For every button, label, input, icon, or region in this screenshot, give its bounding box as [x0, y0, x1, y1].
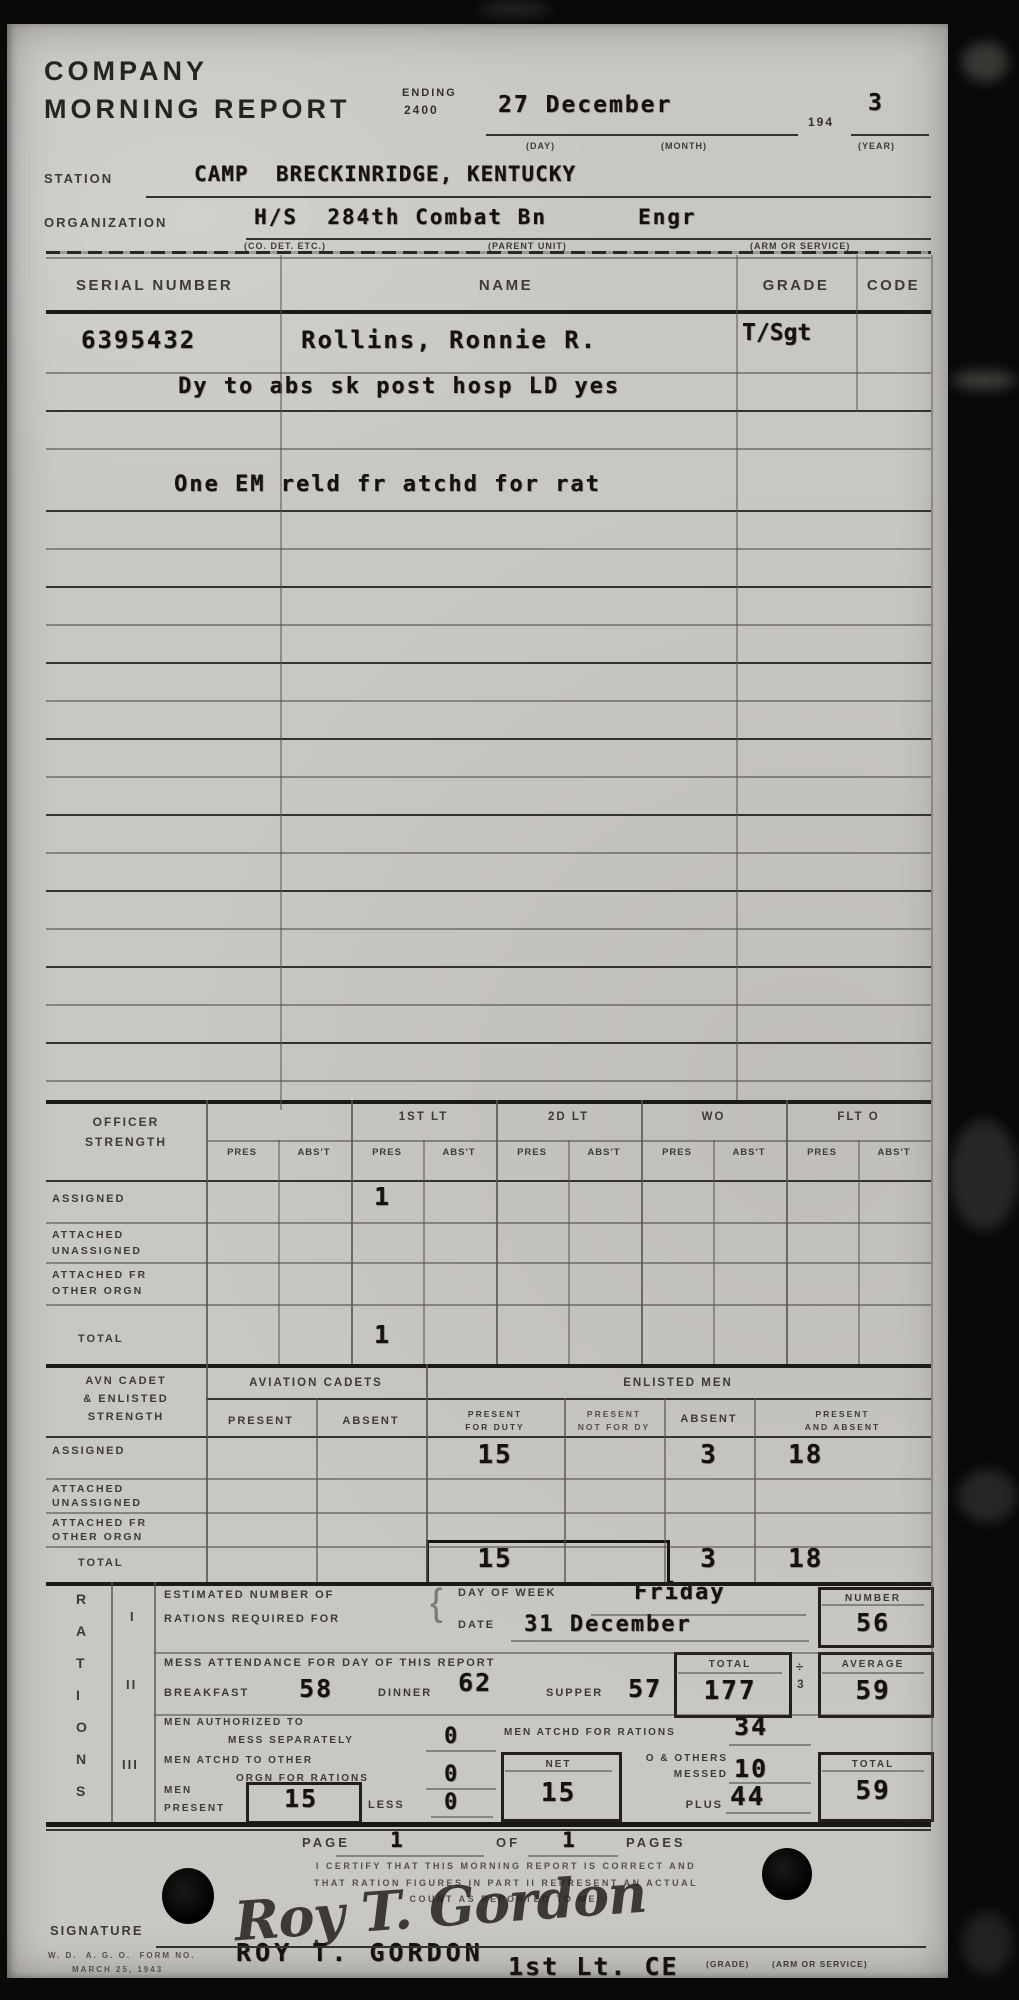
plus-value: 44: [730, 1784, 765, 1810]
film-edge-bottom: [0, 1978, 1019, 2000]
col-em-absent: ABSENT: [666, 1414, 752, 1425]
year-digit-field: 3: [868, 92, 884, 115]
film-artifact-2: [952, 370, 1016, 390]
rule-line: [46, 1364, 931, 1368]
officer-group-wo: WO: [643, 1112, 784, 1124]
form-title-line2: MORNING REPORT: [44, 96, 351, 123]
col-pnfd-1: PRESENT: [566, 1410, 662, 1419]
supper-value: 57: [628, 1676, 662, 1701]
col-cadets-present: PRESENT: [208, 1416, 314, 1427]
rule-line: [46, 1829, 931, 1831]
officer-total-1stlt-pres: 1: [374, 1322, 391, 1347]
film-artifact-6: [480, 2, 550, 16]
atchd-rations-value: 34: [734, 1714, 768, 1739]
column-divider: [206, 1100, 208, 1582]
rations-total-label: TOTAL: [820, 1760, 926, 1770]
column-divider: [736, 255, 738, 1100]
officer-col-pres: PRES: [353, 1148, 421, 1158]
punch-hole-left: [162, 1868, 214, 1924]
breakfast-label: BREAKFAST: [164, 1688, 249, 1699]
men-present-2: PRESENT: [164, 1804, 225, 1814]
rule-line: [46, 1262, 931, 1264]
column-divider: [426, 1364, 428, 1582]
column-divider: [641, 1100, 643, 1364]
organization-label: ORGANIZATION: [44, 216, 167, 229]
rule-line: [46, 1512, 931, 1514]
col-grade: GRADE: [738, 278, 854, 293]
rule-line: [46, 372, 931, 374]
form-no-line: W. D. A. G. O. FORM NO.: [48, 1952, 195, 1960]
rule-line: [46, 586, 931, 588]
rule-line: [46, 448, 931, 450]
rations-side-letter: O: [76, 1720, 89, 1734]
column-divider: [278, 1140, 280, 1364]
rule-line: [46, 700, 931, 702]
arm-service-field: Engr: [638, 207, 697, 228]
officer-strength-label2: STRENGTH: [50, 1136, 202, 1148]
rations-side-letter: R: [76, 1592, 88, 1606]
film-artifact-5: [962, 1912, 1012, 1974]
officer-row-assigned: ASSIGNED: [52, 1194, 125, 1205]
rule-line: [46, 1436, 931, 1438]
enlisted-row-total: TOTAL: [78, 1558, 124, 1569]
rations-side-letter: N: [76, 1752, 88, 1766]
rule-line: [206, 1398, 931, 1400]
mess-attendance-heading: MESS ATTENDANCE FOR DAY OF THIS REPORT: [164, 1658, 495, 1669]
ending-2400: 2400: [404, 104, 439, 116]
less-value: 0: [444, 1792, 459, 1814]
col-code: CODE: [856, 278, 931, 293]
rations-numeral-1: I: [130, 1610, 136, 1623]
organization-field: H/S 284th Combat Bn: [254, 207, 547, 228]
scanned-morning-report: { "colors":{"paper":"#c9c7c2","ink":"#16…: [0, 0, 1019, 2000]
rule-line: [46, 814, 931, 816]
dinner-value: 62: [458, 1670, 492, 1695]
rule-line: [729, 1782, 811, 1784]
rule-line: [46, 1582, 931, 1586]
date-label: DATE: [458, 1620, 495, 1631]
form-title-line1: COMPANY: [44, 58, 208, 85]
officer-group-2dlt: 2D LT: [498, 1112, 639, 1124]
rations-date-field: 31 December: [524, 1614, 692, 1636]
officer-col-abst: ABS'T: [715, 1148, 783, 1158]
rule-line: [678, 1672, 782, 1674]
film-artifact-1: [962, 42, 1008, 82]
column-divider: [713, 1140, 715, 1364]
rule-line: [46, 1180, 931, 1182]
enlisted-total-absent: 3: [666, 1546, 752, 1572]
rule-line: [46, 1004, 931, 1006]
org-sublabel-parent: (PARENT UNIT): [488, 242, 567, 251]
less-label: LESS: [368, 1800, 405, 1811]
rule-line: [822, 1770, 924, 1772]
officer-col-abst: ABS'T: [570, 1148, 638, 1158]
mess-total-value: 177: [676, 1678, 784, 1704]
officer-col-pres: PRES: [643, 1148, 711, 1158]
officer-col-abst: ABS'T: [860, 1148, 928, 1158]
net-label: NET: [503, 1760, 614, 1770]
enlisted-row-attachedfr-b: OTHER ORGN: [52, 1532, 143, 1543]
col-pa-1: PRESENT: [756, 1410, 929, 1419]
officer-col-pres: PRES: [788, 1148, 856, 1158]
others-1: O & OTHERS: [628, 1754, 728, 1764]
atchd-rations-label: MEN ATCHD FOR RATIONS: [504, 1728, 676, 1738]
number-value: 56: [820, 1610, 926, 1635]
officer-row-attached-a: ATTACHED: [52, 1230, 124, 1241]
rule-line: [528, 1855, 618, 1857]
col-name: NAME: [406, 278, 606, 293]
men-auth-1: MEN AUTHORIZED TO: [164, 1718, 305, 1728]
plus-label: PLUS: [628, 1800, 723, 1811]
column-divider: [351, 1100, 353, 1364]
rule-line: [46, 1546, 931, 1548]
film-artifact-4: [958, 1470, 1016, 1522]
rule-line: [46, 548, 931, 550]
enlisted-label-1: AVN CADET: [50, 1376, 202, 1387]
enlisted-assigned-absent: 3: [666, 1442, 752, 1468]
rule-line: [246, 238, 931, 240]
rule-line: [46, 966, 931, 968]
officer-row-attached-b: UNASSIGNED: [52, 1246, 142, 1257]
rule-line: [46, 776, 931, 778]
enlisted-label-2: & ENLISTED: [50, 1394, 202, 1405]
rule-line: [726, 1812, 811, 1814]
entry-name: Rollins, Ronnie R.: [301, 328, 597, 352]
rations-numeral-3: III: [122, 1758, 139, 1771]
column-divider: [496, 1100, 498, 1364]
enlisted-row-attachedfr-a: ATTACHED FR: [52, 1518, 147, 1529]
col-pfd-2: FOR DUTY: [428, 1423, 562, 1432]
enlisted-total-pa: 18: [788, 1546, 823, 1572]
typed-signature-name: ROY T. GORDON: [236, 1940, 484, 1965]
men-present-1: MEN: [164, 1786, 192, 1796]
rule-line: [146, 196, 931, 198]
column-divider: [664, 1398, 666, 1582]
column-divider: [856, 255, 858, 412]
rule-line: [46, 624, 931, 626]
form-date-line: MARCH 25, 1943: [72, 1966, 163, 1974]
others-2: MESSED: [628, 1770, 728, 1780]
officer-group-flto: FLT O: [788, 1112, 929, 1124]
col-pfd-1: PRESENT: [428, 1410, 562, 1419]
col-pa-2: AND ABSENT: [756, 1423, 929, 1432]
rule-line: [154, 1714, 931, 1716]
column-divider: [931, 255, 933, 1822]
divide-sign: ÷: [796, 1660, 805, 1673]
group-aviation-cadets: AVIATION CADETS: [208, 1378, 424, 1390]
rations-side-letter: S: [76, 1784, 87, 1798]
group-enlisted-men: ENLISTED MEN: [428, 1378, 928, 1390]
officer-row-total: TOTAL: [78, 1334, 124, 1345]
number-label: NUMBER: [820, 1594, 926, 1604]
officer-col-abst: ABS'T: [280, 1148, 348, 1158]
rule-line: [426, 1788, 496, 1790]
org-sublabel-co: (CO. DET. ETC.): [244, 242, 326, 251]
rule-line: [46, 1080, 931, 1082]
officer-group-1stlt: 1ST LT: [353, 1112, 494, 1124]
men-auth-2: MESS SEPARATELY: [228, 1736, 354, 1746]
rule-line: [822, 1604, 924, 1606]
rule-line: [426, 1750, 496, 1752]
rule-line: [154, 1652, 931, 1654]
day-of-week-label: DAY OF WEEK: [458, 1588, 556, 1599]
column-divider: [754, 1398, 756, 1582]
enlisted-label-3: STRENGTH: [50, 1412, 202, 1423]
entry-serial: 6395432: [81, 328, 196, 352]
film-edge-left: [0, 0, 7, 2000]
enlisted-row-attached-b: UNASSIGNED: [52, 1498, 142, 1509]
officer-strength-label: OFFICER: [50, 1116, 202, 1128]
of-label: OF: [496, 1836, 520, 1849]
month-sublabel: (MONTH): [661, 142, 707, 151]
rule-line: [46, 1822, 931, 1827]
officer-col-abst: ABS'T: [425, 1148, 493, 1158]
column-divider: [858, 1140, 860, 1364]
rule-line: [46, 510, 931, 512]
rations-side-letter: T: [76, 1656, 87, 1670]
station-field: CAMP BRECKINRIDGE, KENTUCKY: [194, 164, 576, 185]
rule-line: [486, 134, 798, 136]
rule-line: [511, 1640, 809, 1642]
rule-line: [46, 410, 931, 412]
column-divider: [568, 1140, 570, 1364]
enlisted-row-attached-a: ATTACHED: [52, 1484, 124, 1495]
year-prefix: 194: [808, 116, 834, 128]
rations-est-2: RATIONS REQUIRED FOR: [164, 1614, 340, 1625]
men-auth-value: 0: [444, 1726, 459, 1748]
col-cadets-absent: ABSENT: [318, 1416, 424, 1427]
column-divider: [154, 1582, 156, 1822]
officer-assigned-1stlt-pres: 1: [374, 1184, 391, 1209]
year-sublabel: (YEAR): [858, 142, 895, 151]
officer-row-attachedfr-a: ATTACHED FR: [52, 1270, 147, 1281]
officer-row-attachedfr-b: OTHER ORGN: [52, 1286, 143, 1297]
pages-label: PAGES: [626, 1836, 686, 1849]
film-artifact-3: [950, 1120, 1018, 1230]
signature-label: SIGNATURE: [50, 1924, 144, 1937]
divisor: 3: [797, 1678, 806, 1690]
col-pnfd-2: NOT FOR DY: [566, 1423, 662, 1432]
rule-line: [46, 1478, 931, 1480]
mess-total-label: TOTAL: [676, 1660, 784, 1670]
dinner-label: DINNER: [378, 1688, 432, 1699]
net-value: 15: [503, 1780, 614, 1806]
punch-hole-right: [762, 1848, 812, 1900]
rations-est-1: ESTIMATED NUMBER OF: [164, 1590, 334, 1601]
grade-sublabel: (GRADE): [706, 1960, 749, 1969]
rule-line: [46, 257, 931, 259]
typed-grade: 1st Lt. CE: [508, 1954, 679, 1979]
entry-remark-1: Dy to abs sk post hosp LD yes: [178, 376, 620, 398]
rule-line: [46, 852, 931, 854]
rule-line: [46, 1042, 931, 1044]
enlisted-assigned-pa: 18: [788, 1442, 823, 1468]
rule-line: [591, 1614, 806, 1616]
officer-col-pres: PRES: [498, 1148, 566, 1158]
rule-line: [505, 1770, 612, 1772]
page-label: PAGE: [302, 1836, 350, 1849]
report-date-field: 27 December: [498, 94, 672, 117]
rule-line: [336, 1855, 484, 1857]
rations-numeral-2: II: [126, 1678, 137, 1691]
rule-line: [729, 1744, 811, 1746]
rule-line: [156, 1946, 926, 1948]
rule-line: [46, 738, 931, 740]
rule-line: [46, 310, 931, 314]
rule-line: [46, 1304, 931, 1306]
arm-service-sublabel: (ARM OR SERVICE): [772, 1960, 868, 1969]
others-value: 10: [734, 1756, 768, 1781]
page-value: 1: [390, 1830, 405, 1851]
entry-remark-2: One EM reld fr atchd for rat: [174, 474, 601, 496]
column-divider: [423, 1140, 425, 1364]
rule-line: [46, 251, 931, 254]
ending-label: ENDING: [402, 88, 457, 99]
enlisted-row-assigned: ASSIGNED: [52, 1446, 125, 1457]
day-sublabel: (DAY): [526, 142, 555, 151]
rule-line: [46, 1100, 931, 1104]
rule-line: [46, 662, 931, 664]
paper-sheet: COMPANY MORNING REPORT ENDING 2400 27 De…: [6, 22, 948, 1978]
rule-line: [46, 928, 931, 930]
average-value: 59: [820, 1678, 926, 1704]
col-serial-number: SERIAL NUMBER: [76, 278, 233, 293]
officer-col-pres: PRES: [208, 1148, 276, 1158]
rations-side-letter: I: [76, 1688, 82, 1702]
rule-line: [822, 1672, 924, 1674]
average-label: AVERAGE: [820, 1660, 926, 1670]
rations-total-value: 59: [820, 1778, 926, 1804]
rule-line: [46, 890, 931, 892]
pages-value: 1: [562, 1830, 577, 1851]
column-divider: [316, 1398, 318, 1582]
station-label: STATION: [44, 172, 113, 185]
rations-side-letter: A: [76, 1624, 88, 1638]
supper-label: SUPPER: [546, 1688, 603, 1699]
men-present-value: 15: [248, 1786, 354, 1811]
rule-line: [46, 1222, 931, 1224]
rule-line: [431, 1816, 493, 1818]
column-divider: [280, 255, 282, 1110]
atchd-other-value: 0: [444, 1764, 459, 1786]
column-divider: [111, 1582, 113, 1822]
org-sublabel-arm: (ARM OR SERVICE): [750, 242, 850, 251]
column-divider: [564, 1398, 566, 1582]
film-edge-right: [948, 0, 1019, 2000]
rations-brace: {: [430, 1584, 445, 1622]
atchd-other-1: MEN ATCHD TO OTHER: [164, 1756, 313, 1766]
rule-line: [851, 134, 929, 136]
column-divider: [786, 1100, 788, 1364]
entry-grade: T/Sgt: [742, 322, 811, 345]
enlisted-assigned-pfd: 15: [428, 1442, 562, 1468]
breakfast-value: 58: [299, 1676, 333, 1701]
